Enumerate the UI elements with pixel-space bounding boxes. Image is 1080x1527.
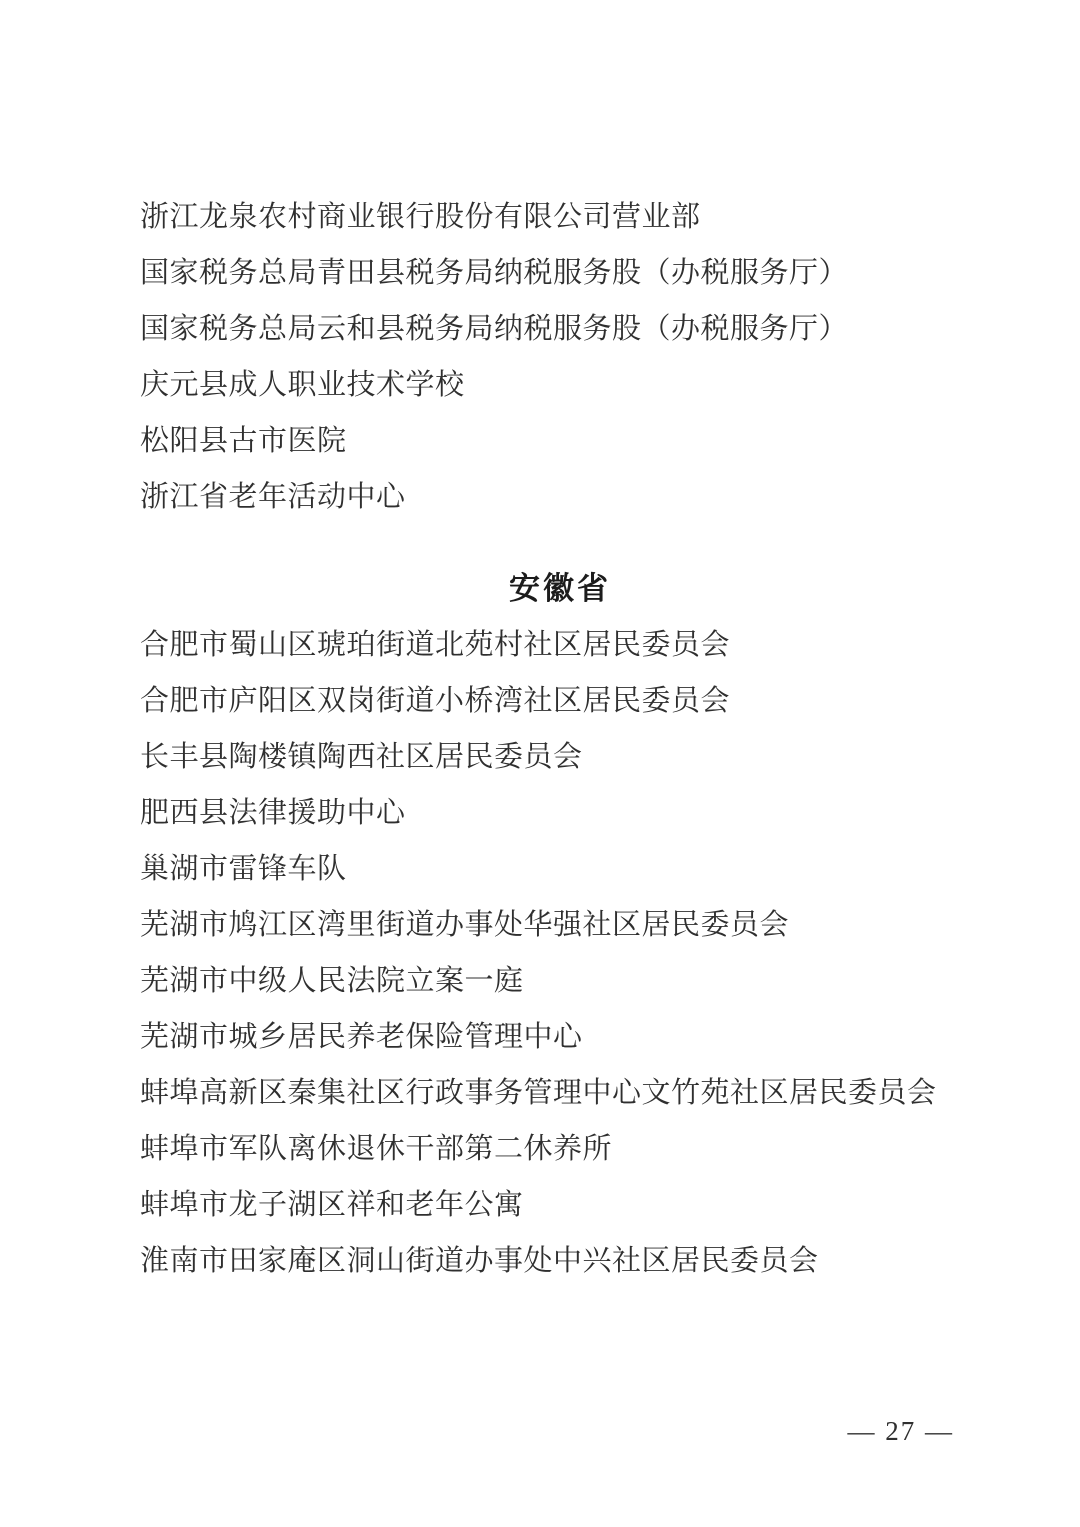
section-heading-anhui: 安徽省 (140, 573, 980, 604)
org-item: 庆元县成人职业技术学校 (140, 371, 980, 400)
org-item: 巢湖市雷锋车队 (140, 855, 980, 884)
org-item: 国家税务总局云和县税务局纳税服务股（办税服务厅） (140, 315, 980, 344)
org-item: 芜湖市鸠江区湾里街道办事处华强社区居民委员会 (140, 911, 980, 940)
document-page: 浙江龙泉农村商业银行股份有限公司营业部 国家税务总局青田县税务局纳税服务股（办税… (0, 0, 1080, 1527)
org-item: 浙江省老年活动中心 (140, 483, 980, 512)
org-item: 芜湖市中级人民法院立案一庭 (140, 967, 980, 996)
org-item: 合肥市蜀山区琥珀街道北苑村社区居民委员会 (140, 631, 980, 660)
page-number: — 27 — (848, 1417, 955, 1445)
org-list: 浙江龙泉农村商业银行股份有限公司营业部 国家税务总局青田县税务局纳税服务股（办税… (140, 203, 980, 1303)
org-item: 蚌埠高新区秦集社区行政事务管理中心文竹苑社区居民委员会 (140, 1079, 980, 1108)
org-item: 肥西县法律援助中心 (140, 799, 980, 828)
org-item: 合肥市庐阳区双岗街道小桥湾社区居民委员会 (140, 687, 980, 716)
org-item: 松阳县古市医院 (140, 427, 980, 456)
org-item: 蚌埠市龙子湖区祥和老年公寓 (140, 1191, 980, 1220)
org-item: 蚌埠市军队离休退休干部第二休养所 (140, 1135, 980, 1164)
org-item: 淮南市田家庵区洞山街道办事处中兴社区居民委员会 (140, 1247, 980, 1276)
org-item: 国家税务总局青田县税务局纳税服务股（办税服务厅） (140, 259, 980, 288)
org-item: 芜湖市城乡居民养老保险管理中心 (140, 1023, 980, 1052)
org-item: 长丰县陶楼镇陶西社区居民委员会 (140, 743, 980, 772)
org-item: 浙江龙泉农村商业银行股份有限公司营业部 (140, 203, 980, 232)
